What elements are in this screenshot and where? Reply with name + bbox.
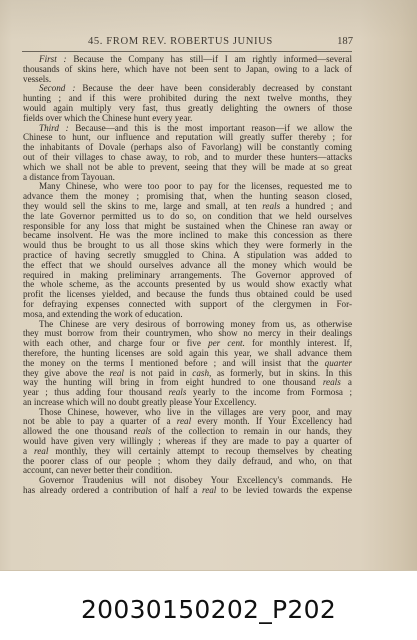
page-number: 187 <box>337 36 353 47</box>
text-segment: Because the Company has still—if I am ri… <box>73 54 352 64</box>
text-segment: they must borrow from their countrymen, … <box>23 328 352 338</box>
text-segment: a hundred ; and <box>280 201 352 211</box>
text-segment: fields over which the Chinese hunt every… <box>23 113 192 123</box>
text-segment: profit the licenses yielded, and because… <box>23 289 352 299</box>
text-segment: , as formerly, but in skins. In this <box>209 368 352 378</box>
text-segment: Because—and this is the most important r… <box>75 123 352 133</box>
italic-text: cash <box>192 368 209 378</box>
text-segment: yearly to the income from Formosa ; <box>186 387 352 397</box>
text-segment: an increase which will no doubt greatly … <box>23 397 256 407</box>
text-segment: year ; thus adding four thousand <box>23 387 168 397</box>
italic-text: quarter <box>325 358 352 368</box>
text-segment: Because the deer have been considerably … <box>82 83 352 93</box>
text-segment: Those Chinese, however, who live in the … <box>39 407 352 417</box>
text-segment: practice of having secretly smuggled to … <box>23 250 352 260</box>
text-segment: for monthly interest. If, <box>245 338 352 348</box>
text-segment: of the collection to remain in our hands… <box>151 426 352 436</box>
text-segment: out of their villages to chase away, to … <box>23 152 352 162</box>
italic-text: real <box>177 416 191 426</box>
running-header: 45. FROM REV. ROBERTUS JUNIUS 187 <box>23 36 353 50</box>
text-segment: the effect that we should ourselves adva… <box>23 260 352 270</box>
text-segment: Chinese to hunt, our influence and reput… <box>23 132 352 142</box>
body-text: First : Because the Company has still—if… <box>23 55 352 496</box>
text-segment: account, can never better their conditio… <box>23 465 172 475</box>
italic-text: real <box>34 446 48 456</box>
text-segment: would have given very willingly ; wherea… <box>23 436 352 446</box>
italic-text: real <box>110 368 124 378</box>
italic-text: reals <box>168 387 186 397</box>
text-segment: a distance from Tayouan. <box>23 172 115 182</box>
text-segment: a <box>23 446 34 456</box>
text-segment: the whole scheme, as the accounts presen… <box>23 279 352 289</box>
text-segment: monthly, they will certainly attempt to … <box>48 446 352 456</box>
text-segment: vessels. <box>23 74 51 84</box>
text-segment: to be levied towards the expense <box>216 485 352 495</box>
text-segment: which we shall not be able to prevent, s… <box>23 162 352 172</box>
text-segment: became insolvent. He was the more inclin… <box>23 230 352 240</box>
italic-text: per cent. <box>208 338 245 348</box>
text-segment: the poorer class of our people ; whom th… <box>23 456 352 466</box>
text-segment: every month. If Your Excellency had <box>191 416 352 426</box>
text-segment: with each other, and charge four or five <box>23 338 208 348</box>
text-segment: is not paid in <box>124 368 192 378</box>
text-segment: a <box>341 377 352 387</box>
text-segment: responsible for any loss that might be s… <box>23 221 352 231</box>
text-segment: would thus be brought to us all those sk… <box>23 240 352 250</box>
text-segment: not be able to pay a quarter of a <box>23 416 177 426</box>
header-rule <box>22 51 352 52</box>
italic-text: reals <box>323 377 341 387</box>
scanned-page: 45. FROM REV. ROBERTUS JUNIUS 187 First … <box>0 0 417 571</box>
text-segment: hunting ; and if this were prohibited du… <box>23 93 352 103</box>
italic-text: reals <box>134 426 152 436</box>
image-caption: 20030150202_P202 <box>0 595 417 624</box>
text-segment: therefore, the hunting licenses are sold… <box>23 348 352 358</box>
text-segment: The Chinese are very desirous of borrowi… <box>39 319 352 329</box>
italic-text: real <box>202 485 216 495</box>
text-segment: for defraying expenses connected with su… <box>23 299 352 309</box>
text-segment: they would sell the skins to me, large a… <box>23 201 262 211</box>
italic-text: Second : <box>39 83 82 93</box>
text-segment: advance them the money ; promising that,… <box>23 191 352 201</box>
text-segment: the inhabitants of Dovale (perhaps also … <box>23 142 352 152</box>
text-segment: they give above the <box>23 368 110 378</box>
text-segment: has already ordered a contribution of ha… <box>23 485 202 495</box>
text-segment: the late Governor permitted us to do so,… <box>23 211 352 221</box>
italic-text: reals <box>262 201 280 211</box>
text-segment: required in making preliminary arrangeme… <box>23 270 352 280</box>
italic-text: Third : <box>39 123 75 133</box>
text-segment: Governor Traudenius will not disobey You… <box>39 475 352 485</box>
text-line: has already ordered a contribution of ha… <box>23 486 352 496</box>
text-segment: allowed the one thousand <box>23 426 134 436</box>
text-segment: thousands of skins here, which have not … <box>23 64 352 74</box>
text-line: thousands of skins here, which have not … <box>23 65 352 75</box>
header-title: 45. FROM REV. ROBERTUS JUNIUS <box>88 36 273 47</box>
text-segment: way the hunting will bring in from eight… <box>23 377 323 387</box>
text-segment: the money on the terms I mentioned befor… <box>23 358 325 368</box>
text-segment: Many Chinese, who were too poor to pay f… <box>39 181 352 191</box>
text-segment: mosa, and extending the work of educatio… <box>23 309 183 319</box>
italic-text: First : <box>39 54 73 64</box>
text-segment: would again multiply very fast, thus gre… <box>23 103 352 113</box>
